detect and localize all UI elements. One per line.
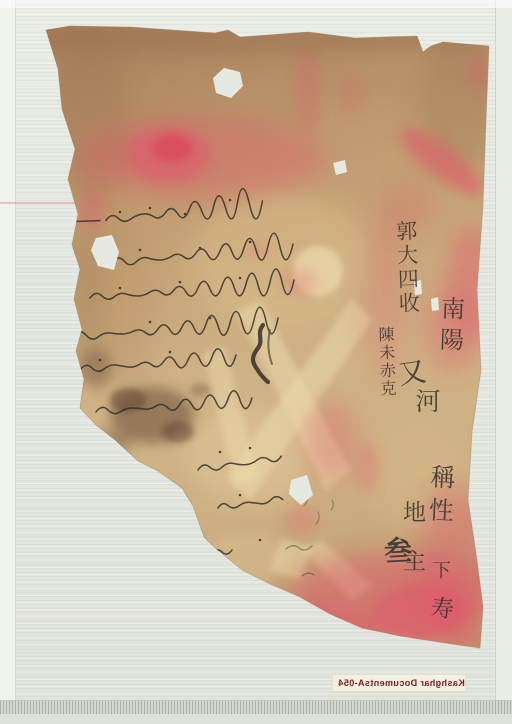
chinese-annotation-xia: 下	[430, 560, 449, 579]
chinese-annotation-nanyang: 南陽	[437, 296, 463, 359]
chinese-annotation-guodasishou: 郭大四收	[394, 220, 418, 317]
archive-label-text: Kashghar Documents A-054	[333, 678, 470, 688]
archive-label-number: A-054	[338, 678, 365, 688]
scanned-document: 郭大四收 南陽 又 河 陳未赤克 稱性 地主 叁 下 寿 Kashghar Do…	[0, 0, 512, 724]
chinese-annotation-he: 河	[414, 388, 439, 413]
chinese-annotation-chenweichike: 陳未赤克	[377, 326, 396, 399]
chinese-annotation-shou: 寿	[427, 595, 452, 620]
chinese-annotation-you: 又	[394, 356, 426, 388]
chinese-annotation-chengxing: 稱性	[426, 463, 454, 530]
archive-label-collection: Kashghar Documents	[365, 678, 465, 688]
archive-label: Kashghar Documents A-054	[332, 674, 466, 692]
ruler-strip	[0, 700, 512, 715]
scan-bottom-margin	[0, 714, 512, 724]
faint-marks	[233, 600, 257, 604]
chinese-annotation-san: 叁	[381, 535, 410, 564]
